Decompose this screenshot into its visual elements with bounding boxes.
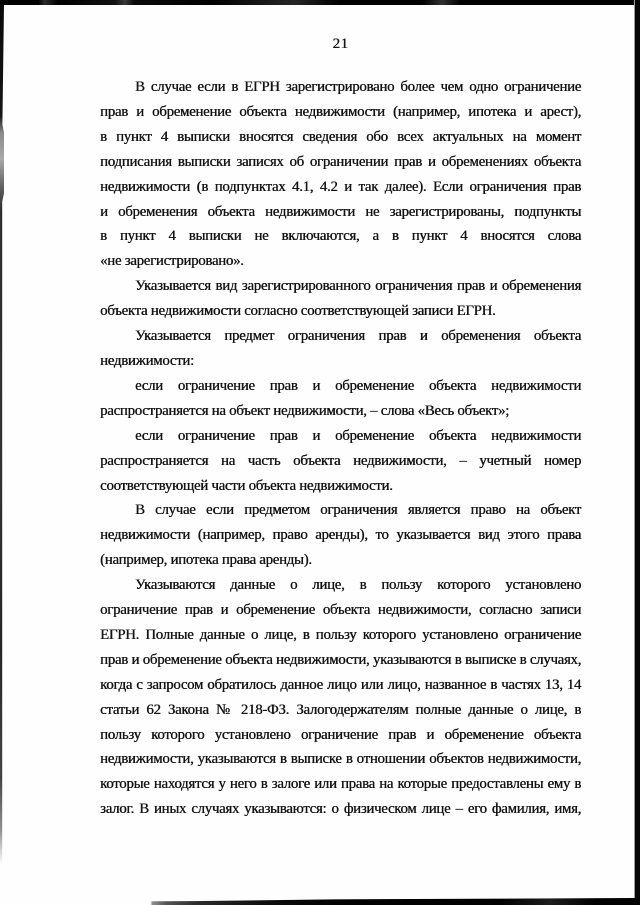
text-line: если ограничение прав и обременение объе… — [100, 424, 581, 449]
text-line: недвижимости (например, право аренды), т… — [100, 523, 581, 548]
text-line: В случае если предметом ограничения явля… — [100, 498, 581, 523]
text-line: пользу которого установлено ограничение … — [100, 723, 581, 748]
text-line: распространяется на объект недвижимости,… — [100, 399, 581, 424]
text-line: если ограничение прав и обременение объе… — [100, 374, 581, 399]
text-line: статьи 62 Закона № 218-ФЗ. Залогодержате… — [100, 698, 581, 723]
paragraph: В случае если предметом ограничения явля… — [100, 498, 581, 573]
scanned-document-page: 21 В случае если в ЕГРН зарегистрировано… — [0, 0, 640, 905]
text-line: в пункт 4 выписки не включаются, а в пун… — [100, 224, 581, 249]
page-number: 21 — [100, 36, 581, 53]
text-line: ограничение прав и обременение объекта н… — [100, 598, 581, 623]
paragraph: Указывается предмет ограничения прав и о… — [100, 324, 581, 374]
scan-edge-right — [634, 0, 640, 905]
paragraph: если ограничение прав и обременение объе… — [100, 374, 581, 424]
text-line: Указывается предмет ограничения прав и о… — [100, 324, 581, 349]
text-line: в пункт 4 выписки вносятся сведения обо … — [100, 125, 581, 150]
text-line: В случае если в ЕГРН зарегистрировано бо… — [100, 75, 581, 100]
text-line: распространяется на часть объекта недвиж… — [100, 449, 581, 474]
text-line: недвижимости: — [100, 349, 581, 374]
paragraph: если ограничение прав и обременение объе… — [100, 424, 581, 499]
text-line: прав и обременение объекта недвижимости,… — [100, 648, 581, 673]
paragraph: Указывается вид зарегистрированного огра… — [100, 274, 581, 324]
text-line: и обременения объекта недвижимости не за… — [100, 200, 581, 225]
paragraph: В случае если в ЕГРН зарегистрировано бо… — [100, 75, 581, 274]
text-line: недвижимости (в подпунктах 4.1, 4.2 и та… — [100, 175, 581, 200]
text-line: ЕГРН. Полные данные о лице, в пользу кот… — [100, 623, 581, 648]
text-line: Указывается вид зарегистрированного огра… — [100, 274, 581, 299]
text-line: (например, ипотека права аренды). — [100, 548, 581, 573]
text-line: недвижимости, указываются в выписке в от… — [100, 747, 581, 772]
text-line: прав и обременение объекта недвижимости … — [100, 100, 581, 125]
text-line: залог. В иных случаях указываются: о физ… — [100, 797, 581, 822]
scan-edge-left — [0, 4, 4, 864]
text-line: Указываются данные о лице, в пользу кото… — [100, 573, 581, 598]
document-text: В случае если в ЕГРН зарегистрировано бо… — [100, 75, 581, 822]
text-line: «не зарегистрировано». — [100, 249, 581, 274]
scan-edge-top — [0, 0, 640, 5]
text-line: объекта недвижимости согласно соответств… — [100, 299, 581, 324]
paragraph: Указываются данные о лице, в пользу кото… — [100, 573, 581, 822]
scan-edge-bottom — [0, 898, 640, 905]
text-line: когда с запросом обратилось данное лицо … — [100, 673, 581, 698]
text-line: соответствующей части объекта недвижимос… — [100, 474, 581, 499]
text-line: которые находятся у него в залоге или пр… — [100, 772, 581, 797]
text-line: подписания выписки записях об ограничени… — [100, 150, 581, 175]
